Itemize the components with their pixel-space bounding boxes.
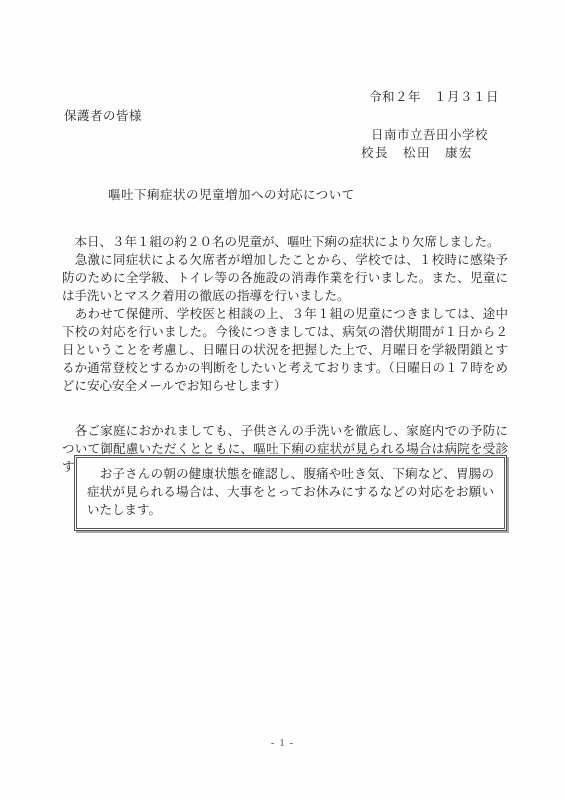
page-number: - 1 - bbox=[0, 737, 565, 749]
sender-school: 日南市立吾田小学校 bbox=[371, 127, 488, 143]
date-line: 令和２年 １月３１日 bbox=[369, 89, 499, 105]
notice-box: お子さんの朝の健康状態を確認し、腹痛や吐き気、下痢など、胃腸の症状が見られる場合… bbox=[74, 455, 507, 531]
notice-box-text: お子さんの朝の健康状態を確認し、腹痛や吐き気、下痢など、胃腸の症状が見られる場合… bbox=[87, 465, 494, 519]
document-body: 本日、３年１組の約２０名の児童が、嘔吐下痢の症状により欠席しました。 急激に同症… bbox=[62, 233, 508, 476]
paragraph-1: 本日、３年１組の約２０名の児童が、嘔吐下痢の症状により欠席しました。 bbox=[62, 233, 508, 251]
paragraph-2: 急激に同症状による欠席者が増加したことから、学校では、１校時に感染予防のために全… bbox=[62, 251, 508, 305]
sender-principal: 校長 松田 康宏 bbox=[361, 145, 473, 161]
document-page: 令和２年 １月３１日 保護者の皆様 日南市立吾田小学校 校長 松田 康宏 嘔吐下… bbox=[0, 0, 565, 800]
recipient-line: 保護者の皆様 bbox=[64, 108, 142, 124]
document-title: 嘔吐下痢症状の児童増加への対応について bbox=[108, 187, 355, 203]
paragraph-3: あわせて保健所、学校医と相談の上、３年１組の児童につきましては、途中下校の対応を… bbox=[62, 305, 508, 395]
